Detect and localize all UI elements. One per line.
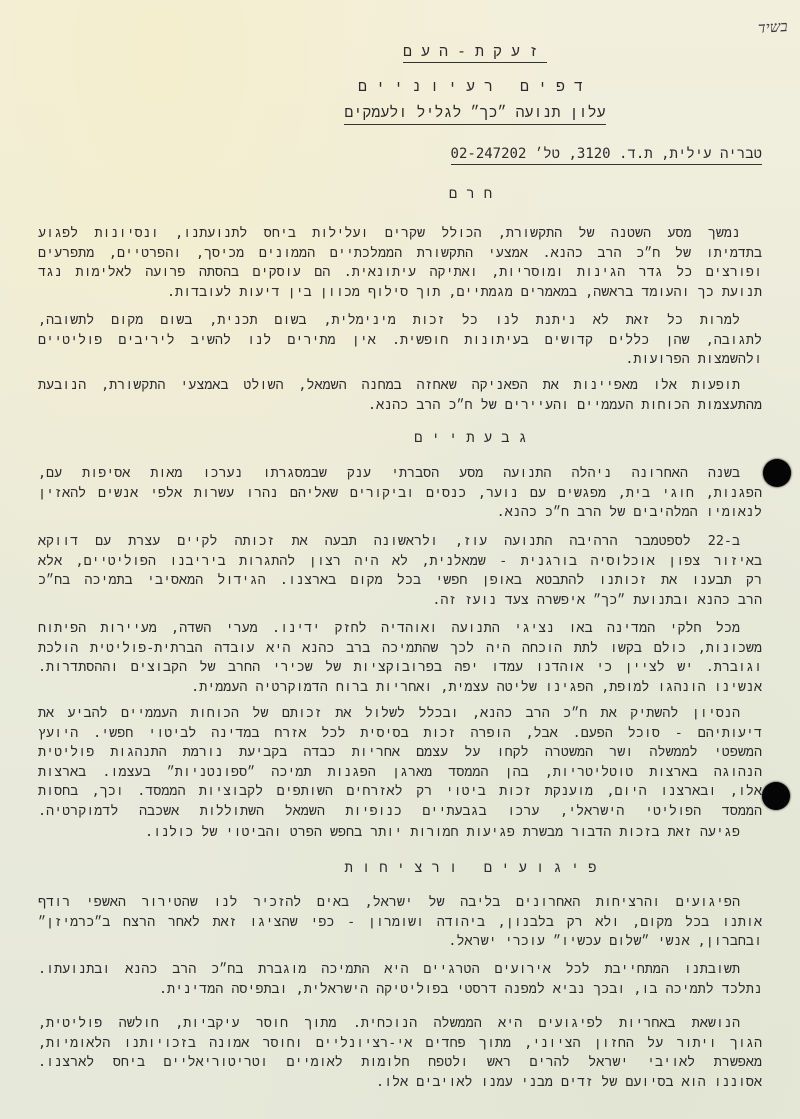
text-line: נתלכד לתמיכה בו, ובכך נביא למפנה דרסטי ב… [38,980,762,1000]
text-line: אלו, ובארצנו היום, מוענקת זכות ביטוי רק … [38,782,762,802]
text-line: תשובתנו המתחייבת לכל אירועים הטרגיים היא… [38,960,762,980]
text-line: ולהשמצות הפרועות. [38,350,762,370]
paragraph: הנסיון להשתיק את ח״כ הרב כהנא, ובכלל לשל… [38,704,762,821]
paragraph: למרות כל זאת לא ניתנת לנו כל זכות מינימל… [38,311,762,370]
text-line: הנהוגה בארצות טוטליטריות, בהן הממסד מארג… [38,763,762,783]
text-line: הפיגועים והרציחות האחרונים בליבה של ישרא… [38,893,762,913]
text-line: רק תבענו את זכותנו להתבטא באופן חפשי בכל… [38,571,762,591]
text-line: פגיעה זאת בזכות הדבור מבשרת פגיעות חמורו… [38,823,762,843]
paragraph: בשנה האחרונה ניהלה התנועה מסע הסברתי ענק… [38,464,762,523]
text-line: לנאומיו המלהיבים של הרב ח״כ כהנא. [38,503,762,523]
section-title-attacks: פיגועים ורציחות [150,860,800,877]
text-line: הגוך ויתור על החזון הציוני, מתוך פחדים א… [38,1034,762,1054]
paragraph: נמשך מסע השטנה של התקשורת, הכולל שקרים ו… [38,224,762,302]
text-line: מכל חלקי המדינה באו נציגי התנועה ואוהדיה… [38,619,762,639]
text-line: מהתעצמות הכוחות העממיים והעיירים של ח״כ … [38,396,762,416]
paragraph: תופעות אלו מאפיינות את הפאניקה שאחזה במח… [38,376,762,415]
document-title-text: זעקת-העם [403,42,547,63]
punch-hole [763,459,791,487]
text-line: וגוברת. יש לציין כי אוהדנו עמדו יפה בפרו… [38,658,762,678]
paragraph: הפיגועים והרציחות האחרונים בליבה של ישרא… [38,893,762,952]
text-line: ב-22 לספטמבר הרהיבה התנועה עוז, ולראשונה… [38,532,762,552]
paragraph: מכל חלקי המדינה באו נציגי התנועה ואוהדיה… [38,619,762,697]
section-title-boycott: חרם [150,186,800,203]
handwritten-stamp: בשיד [758,17,789,38]
text-line: מאפשרת לאויבי ישראל להרים ראש ולטפח חלומ… [38,1053,762,1073]
document-page: בשיד זעקת-העם דפים רעיוניים עלון תנועה ״… [0,0,800,1119]
text-line: תנועת כך והעומד בראשה, במאמרים מגמתיים, … [38,283,762,303]
paragraph: תשובתנו המתחייבת לכל אירועים הטרגיים היא… [38,960,762,999]
text-line: הממסד הפוליטי הישראלי, ערכו בגבעתיים כנו… [38,802,762,822]
publisher-line: עלון תנועה ״כך״ לגליל ולעמקים [150,103,800,122]
text-line: דיעותיהם - סוכל הפעם. אבל, הופרה זכות בס… [38,724,762,744]
text-line: בתדמיתו של ח״כ הרב כהנא. אמצעי התקשורת ה… [38,244,762,264]
text-line: משכונות, כולם בקשו לתת הוכחה היה לכך שהת… [38,639,762,659]
text-line: נמשך מסע השטנה של התקשורת, הכולל שקרים ו… [38,224,762,244]
publisher-text: עלון תנועה ״כך״ לגליל ולעמקים [344,103,605,125]
text-line: בשנה האחרונה ניהלה התנועה מסע הסברתי ענק… [38,464,762,484]
address-text: טבריה עילית, ת.ד. 3120, טל׳ 02-247202 [451,146,762,165]
text-line: אנשינו הונהגו למופת, הפגינו שליטה עצמית,… [38,678,762,698]
text-line: ובחברון, אנשי ״שלום עכשיו״ עוכרי ישראל. [38,932,762,952]
text-line: לתגובה, שהן כללים קדושים בעיתונות חופשית… [38,331,762,351]
section-title-givatayim: גבעתיים [150,430,800,447]
text-line: ופורצים כל גדר הגינות ומוסריות, ואתיקה ע… [38,263,762,283]
text-line: למרות כל זאת לא ניתנת לנו כל זכות מינימל… [38,311,762,331]
document-subtitle: דפים רעיוניים [150,77,800,96]
paragraph: הנושאת באחריות לפיגועים היא הממשלה הנוכח… [38,1014,762,1092]
document-title: זעקת-העם [150,42,800,61]
text-line: הרב כהנא ובתנועת ״כך״ איפשרה צעד נועז זה… [38,591,762,611]
punch-hole [762,782,790,810]
text-line: הנושאת באחריות לפיגועים היא הממשלה הנוכח… [38,1014,762,1034]
text-line: תופעות אלו מאפיינות את הפאניקה שאחזה במח… [38,376,762,396]
paragraph: ב-22 לספטמבר הרהיבה התנועה עוז, ולראשונה… [38,532,762,610]
address-line: טבריה עילית, ת.ד. 3120, טל׳ 02-247202 [451,146,762,163]
text-line: אותנו בכל מקום, ולא רק בלבנון, ביהודה וש… [38,913,762,933]
text-line: אסוננו הוא בסיועם של זדים מבני עמנו לאוי… [38,1073,762,1093]
text-line: באיזור צפון אוכלוסיה בורגנית - שמאלנית, … [38,552,762,572]
text-line: הפגנות, חוגי בית, מפגשים עם נוער, כנסים … [38,484,762,504]
text-line: המשפטי לממשלה ושר המשטרה לקחו על עצמם אח… [38,743,762,763]
text-line: הנסיון להשתיק את ח״כ הרב כהנא, ובכלל לשל… [38,704,762,724]
paragraph: פגיעה זאת בזכות הדבור מבשרת פגיעות חמורו… [38,823,762,843]
